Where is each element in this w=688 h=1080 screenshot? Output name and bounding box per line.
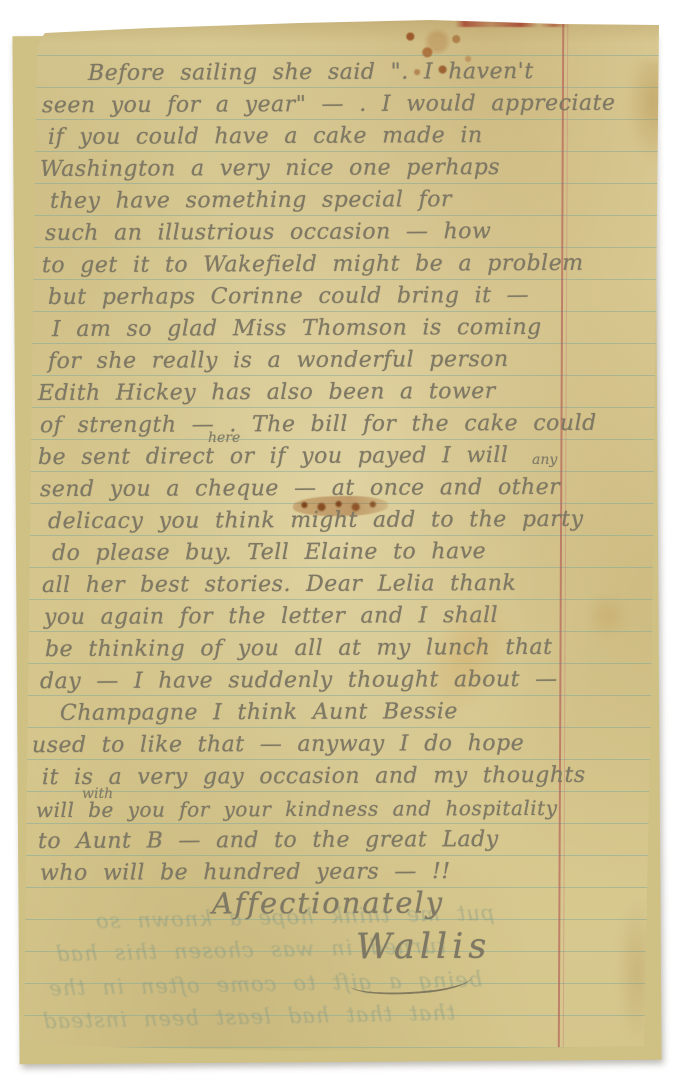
letter-line: if you could have a cake made in <box>48 121 483 153</box>
letter-line: seen you for a year" — . I would appreci… <box>42 89 616 122</box>
letter-line: day — I have suddenly thought about — <box>40 665 558 697</box>
letter-line: they have something special for <box>50 185 452 217</box>
letter-line: but perhaps Corinne could bring it — <box>48 281 529 313</box>
letter-line: used to like that — anyway I do hope <box>32 729 524 761</box>
letter-line: all her best stories. Dear Lelia thank <box>42 569 516 601</box>
signature-wallis: Wallis <box>356 932 491 963</box>
inserted-word-any: any <box>532 452 557 468</box>
closing-valediction: Affectionately <box>212 887 444 918</box>
letter-line: to get it to Wakefield might be a proble… <box>42 249 584 281</box>
letter-line: be thinking of you all at my lunch that <box>45 633 553 665</box>
letter-line: I am so glad Miss Thomson is coming <box>52 313 542 345</box>
letter-line: to Aunt B — and to the great Lady <box>38 825 499 857</box>
letter-line: it is a very gay occasion and my thought… <box>42 761 586 793</box>
letter-line: send you a cheque — at once and other <box>40 473 560 505</box>
letter-line: will be you for your kindness and hospit… <box>36 793 558 825</box>
inserted-word-with: with <box>82 786 113 802</box>
letter-line: who will be hundred years — !! <box>40 857 451 889</box>
letter-line: for she really is a wonderful person <box>48 345 509 377</box>
letter-line: Champagne I think Aunt Bessie <box>60 697 458 729</box>
letter-line: of strength — . The bill for the cake co… <box>40 409 597 441</box>
letter-line: you again for the letter and I shall <box>44 601 498 633</box>
inserted-word-here: here <box>208 430 240 446</box>
letter-line: delicacy you think might add to the part… <box>48 505 584 537</box>
letter-line: be sent direct or if you payed I will <box>38 441 509 473</box>
letter-line: Edith Hickey has also been a tower <box>38 377 496 409</box>
letter-line: such an illustrious occasion — how <box>45 217 491 249</box>
scanned-letter-page: { "letter": { "description": "Handwritte… <box>0 0 688 1080</box>
letter-line: do please buy. Tell Elaine to have <box>52 537 486 569</box>
letter-line: Before sailing she said ". I haven't <box>88 57 534 89</box>
letter-line: Washington a very nice one perhaps <box>40 153 500 185</box>
